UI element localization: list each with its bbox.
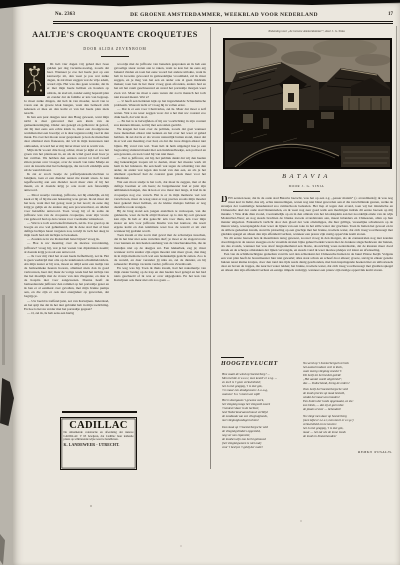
article-paragraph: — Wat is u toch een beleefd mensch, zei …: [24, 221, 109, 237]
article-column-2: woordje met de juffrouw van beneden gesp…: [114, 62, 206, 469]
article-paragraph: — Hoe is uw meening over de nieuwe veror…: [24, 241, 109, 253]
article-paragraph: Ik zat er zoo'n beetje de poffertjeskraa…: [24, 172, 109, 192]
article-byline-rule: [101, 56, 129, 57]
article-paragraph: Toen kwam er me zoo'n mal geval met de s…: [114, 233, 206, 266]
scanned-magazine-page: No. 2363 DE GROENE AMSTERDAMMER, WEEKBLA…: [0, 0, 400, 565]
scan-speck: [30, 180, 32, 182]
header-rule: [53, 21, 393, 24]
article-paragraph: — O, zei ik, ik heb eens een hartig: [24, 311, 109, 315]
article-paragraph: — Ik voor mij vind het al een heele lief…: [24, 254, 109, 299]
scan-artifact-smudge: [0, 378, 14, 426]
illustration-caption: Teekening voor „de Groene Amsterdammer”,…: [220, 29, 393, 33]
batavia-etching-image: [223, 38, 392, 169]
batavia-byline: DOOR J. G. SINIA: [220, 184, 393, 188]
scan-artifact-corner: [0, 534, 5, 565]
scan-speck: [90, 505, 92, 507]
ad-dealer: K. LANDEWEER - UTRECHT.: [64, 443, 134, 447]
article-column-1-text: IK heb vier dagen vrij gehad met twee gu…: [24, 62, 109, 315]
scan-speck: [300, 520, 302, 522]
scan-artifact-right-edge: [396, 26, 397, 216]
article-byline: DOOR ALIDA ZEVENBOOM: [24, 47, 206, 51]
article-paragraph: Wat een mooi stadje is het toch, dat moe…: [114, 180, 206, 209]
article-paragraph: — U heeft een helderen kijk op het ingew…: [114, 99, 206, 107]
article-paragraph: Ik ben een paar daagjes naar den Haag ge…: [24, 115, 109, 148]
article-title: AALTJE'S CROQUANTE CROQUETJES: [24, 30, 206, 39]
poem-column-2: Nu werd op 't Soesterbergsch terreinhet …: [303, 362, 393, 448]
poem-column-1: Hoe waait de wind op Soesterberg? ...Men…: [222, 373, 302, 457]
article-paragraph: Bij de brug stond een jongen ansichten t…: [114, 209, 206, 233]
article-paragraph: En weg was hij. Toen ik thuis kwam, had …: [114, 266, 206, 282]
article-paragraph: — Ziet u, juffrouw, zei hij, het publiek…: [114, 156, 206, 180]
batavia-title: BATAVIA: [220, 173, 393, 180]
cadillac-advertisement: CADILLAC De uitnemende constructie en af…: [60, 417, 137, 470]
batavia-byline-rule: [293, 191, 320, 192]
article-paragraph: — Mooi weertje vandaag, juffrouw, zei hi…: [24, 193, 109, 222]
ad-body-text: De uitnemende constructie en afwerking d…: [64, 431, 134, 441]
poem-title: HOOGTEVLUCHT: [221, 361, 278, 367]
article-paragraph: — Uw beeld is treffend juist, zei van Ka…: [24, 299, 109, 311]
batavia-paragraph: Een van de schilderachtigste gedeelten v…: [221, 252, 393, 272]
column-end-rule: [62, 411, 137, 413]
column-divider-rule: [210, 27, 211, 469]
article-paragraph: — Dat is er een voor Charivarius, zei ik…: [114, 107, 206, 119]
poem-section-dash: [221, 357, 244, 358]
scan-artifact-streak: [2, 295, 5, 365]
article-paragraph: Mijn nicht woont drie hoog achter, maar …: [24, 148, 109, 172]
masthead-title: DE GROENE AMSTERDAMMER, WEEKBLAD VOOR NE…: [55, 12, 393, 18]
article-paragraph: woordje met de juffrouw van beneden gesp…: [114, 62, 206, 99]
article-paragraph: — En het is te betwijfelen of hij uw voo…: [114, 119, 206, 127]
scan-speck: [180, 545, 182, 547]
article-column-2-text: woordje met de juffrouw van beneden gesp…: [114, 62, 206, 282]
ad-brand: CADILLAC: [64, 420, 134, 431]
batavia-paragraph: DEN eersten keer, dat ik de oude stad Ba…: [221, 196, 393, 236]
decorative-initial-icon: [24, 63, 45, 96]
article-column-1: IK heb vier dagen vrij gehad met twee gu…: [24, 62, 109, 409]
poem-signature: REMKO NOSALIS.: [283, 450, 393, 454]
page-number: 17: [376, 12, 393, 17]
batavia-paragraph: Na dit eerste bezoek ben ik meermalen te…: [221, 236, 393, 252]
batavia-text-block: DEN eersten keer, dat ik de oude stad Ba…: [221, 196, 393, 345]
poem-line: de loods in binnenhouden!: [303, 435, 393, 439]
article-paragraph: We kregen het toen over de politiek, zoo…: [114, 127, 206, 156]
